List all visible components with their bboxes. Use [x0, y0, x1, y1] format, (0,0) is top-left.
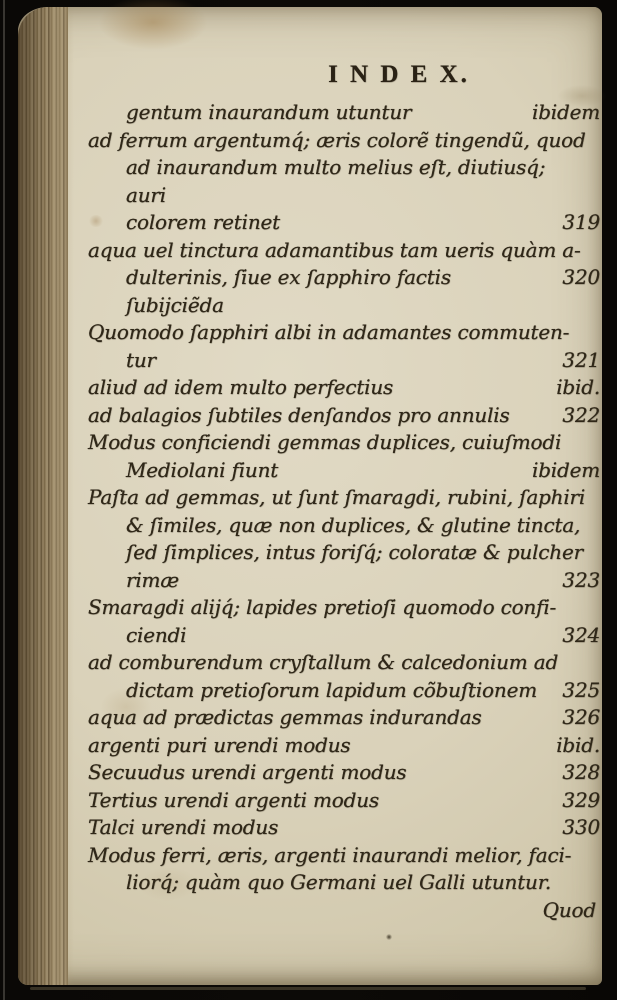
scanner-edge-line — [3, 0, 5, 1000]
entry-page-number: 322 — [562, 402, 600, 430]
entry-text: & ſimiles, quæ non duplices, & glutine t… — [126, 512, 580, 540]
entry-text: ad inaurandum multo melius eſt, diutiusq… — [126, 154, 590, 209]
index-entry: Paſta ad gemmas, ut ſunt ſmaragdi, rubin… — [88, 484, 600, 512]
entry-text: Mediolani fiunt — [126, 457, 278, 485]
entry-text: Modus ferri, æris, argenti inaurandi mel… — [88, 842, 571, 870]
entry-text: gentum inaurandum utuntur — [126, 99, 411, 127]
entry-page-number: ibidem — [532, 99, 600, 127]
index-entry: ad ferrum argentumq́; æris colorẽ tingen… — [88, 127, 600, 155]
index-entry: Secuudus urendi argenti modus328 — [88, 759, 600, 787]
entry-text: aqua ad prædictas gemmas indurandas — [88, 704, 482, 732]
index-text-block: I N D E X. gentum inaurandum utunturibid… — [88, 60, 600, 924]
entry-page-number: ibid. — [556, 374, 600, 402]
entry-text: Paſta ad gemmas, ut ſunt ſmaragdi, rubin… — [88, 484, 585, 512]
index-entry: gentum inaurandum utunturibidem — [88, 99, 600, 127]
index-entry: Smaragdi alijq́; lapides pretioſi quomod… — [88, 594, 600, 622]
index-entries: gentum inaurandum utunturibidemad ferrum… — [88, 99, 600, 897]
entry-text: ad balagios ſubtiles denſandos pro annul… — [88, 402, 510, 430]
entry-page-number: 330 — [562, 814, 600, 842]
index-entry: & ſimiles, quæ non duplices, & glutine t… — [88, 512, 600, 540]
entry-text: ciendi — [126, 622, 186, 650]
entry-text: Secuudus urendi argenti modus — [88, 759, 406, 787]
index-entry: rimæ323 — [88, 567, 600, 595]
entry-page-number: 328 — [562, 759, 600, 787]
entry-page-number: 326 — [562, 704, 600, 732]
catchword-row: Quod — [88, 897, 600, 925]
index-entry: dulterinis, ſiue ex ſapphiro factis ſubi… — [88, 264, 600, 319]
entry-page-number: 320 — [562, 264, 600, 292]
entry-text: Quomodo ſapphiri albi in adamantes commu… — [88, 319, 569, 347]
entry-page-number: 324 — [562, 622, 600, 650]
index-entry: ad comburendum cryſtallum & calcedonium … — [88, 649, 600, 677]
entry-text: Talci urendi modus — [88, 814, 278, 842]
entry-text: aliud ad idem multo perfectius — [88, 374, 393, 402]
index-entry: colorem retinet319 — [88, 209, 600, 237]
index-entry: aqua ad prædictas gemmas indurandas326 — [88, 704, 600, 732]
index-entry: ad inaurandum multo melius eſt, diutiusq… — [88, 154, 600, 209]
page-stain — [98, 0, 208, 50]
index-entry: ciendi324 — [88, 622, 600, 650]
index-heading: I N D E X. — [88, 60, 600, 90]
entry-text: liorq́; quàm quo Germani uel Galli utunt… — [126, 869, 551, 897]
entry-text: Modus conficiendi gemmas duplices, cuiuſ… — [88, 429, 561, 457]
index-entry: tur321 — [88, 347, 600, 375]
page-stain — [386, 934, 392, 940]
index-entry: Tertius urendi argenti modus329 — [88, 787, 600, 815]
index-entry: argenti puri urendi modusibid. — [88, 732, 600, 760]
entry-text: dulterinis, ſiue ex ſapphiro factis ſubi… — [126, 264, 552, 319]
entry-text: ſed ſimplices, intus foriſq́; coloratæ &… — [126, 539, 583, 567]
entry-text: colorem retinet — [126, 209, 280, 237]
entry-text: aqua uel tinctura adamantibus tam ueris … — [88, 237, 581, 265]
index-entry: Talci urendi modus330 — [88, 814, 600, 842]
index-entry: ad balagios ſubtiles denſandos pro annul… — [88, 402, 600, 430]
index-entry: Mediolani fiuntibidem — [88, 457, 600, 485]
page-bottom-edge — [30, 987, 586, 990]
entry-page-number: 321 — [562, 347, 600, 375]
index-entry: Modus conficiendi gemmas duplices, cuiuſ… — [88, 429, 600, 457]
index-entry: Modus ferri, æris, argenti inaurandi mel… — [88, 842, 600, 870]
entry-text: ad ferrum argentumq́; æris colorẽ tingen… — [88, 127, 586, 155]
index-entry: Quomodo ſapphiri albi in adamantes commu… — [88, 319, 600, 347]
entry-page-number: 325 — [562, 677, 600, 705]
catchword: Quod — [88, 897, 596, 925]
fore-edge-fade — [52, 7, 74, 985]
entry-page-number: ibidem — [532, 457, 600, 485]
index-entry: aqua uel tinctura adamantibus tam ueris … — [88, 237, 600, 265]
entry-text: rimæ — [126, 567, 179, 595]
entry-page-number: 329 — [562, 787, 600, 815]
entry-text: tur — [126, 347, 156, 375]
entry-text: Smaragdi alijq́; lapides pretioſi quomod… — [88, 594, 556, 622]
entry-text: ad comburendum cryſtallum & calcedonium … — [88, 649, 558, 677]
index-entry: ſed ſimplices, intus foriſq́; coloratæ &… — [88, 539, 600, 567]
index-entry: dictam pretioſorum lapidum cõbuſtionem32… — [88, 677, 600, 705]
entry-text: dictam pretioſorum lapidum cõbuſtionem — [126, 677, 537, 705]
entry-page-number: 319 — [562, 209, 600, 237]
index-entry: liorq́; quàm quo Germani uel Galli utunt… — [88, 869, 600, 897]
index-entry: aliud ad idem multo perfectiusibid. — [88, 374, 600, 402]
entry-text: argenti puri urendi modus — [88, 732, 350, 760]
entry-page-number: ibid. — [556, 732, 600, 760]
scan-background: I N D E X. gentum inaurandum utunturibid… — [0, 0, 617, 1000]
entry-page-number: 323 — [562, 567, 600, 595]
entry-text: Tertius urendi argenti modus — [88, 787, 379, 815]
